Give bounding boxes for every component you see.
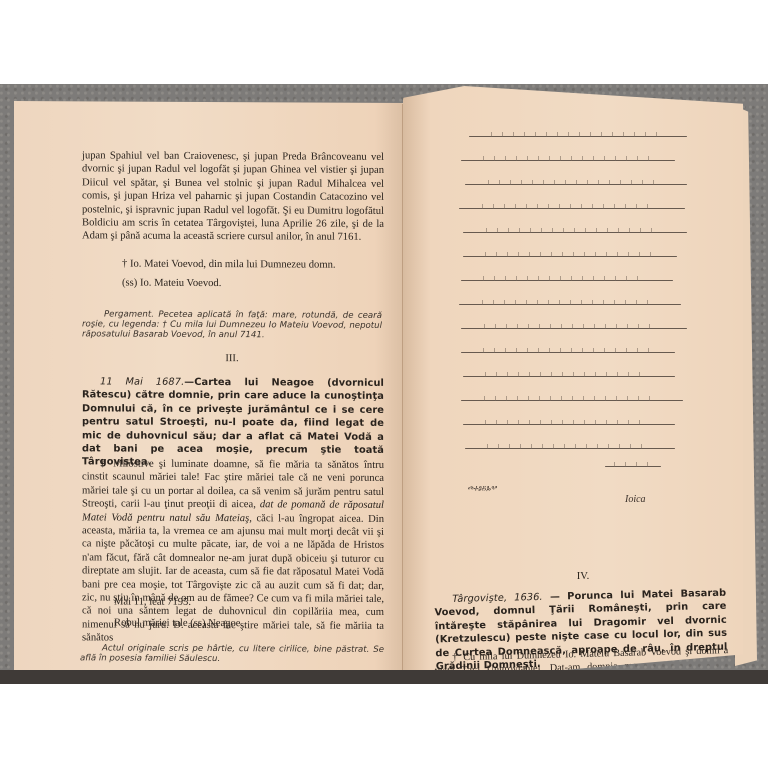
note-text: Pergament. Pecetea aplicată în faţă: mar… — [82, 309, 382, 341]
right-page: ⰴⰰⱁⰻⰳⰲ Ioica IV. Târgovişte, 1636. — Por… — [403, 86, 743, 678]
note-text-2: Actul originale scris pe hârtie, cu lite… — [80, 643, 384, 665]
book-photo: jupan Spahiul vel ban Craiovenesc, şi ju… — [0, 84, 768, 684]
heading-date-iv: Târgovişte, 1636. — [452, 592, 543, 605]
parchment-note: Pergament. Pecetea aplicată în faţă: mar… — [82, 309, 382, 341]
section-iii-heading: 11 Mai 1687.—Cartea lui Neagoe (dvornicu… — [82, 375, 384, 470]
original-act-note: Actul originale scris pe hârtie, cu lite… — [80, 643, 384, 665]
signature-line-1: † Io. Matei Voevod, din mila lui Dumneze… — [122, 258, 382, 273]
left-para-1: jupan Spahiul vel ban Craiovenesc, şi ju… — [82, 149, 384, 244]
continued-document-text: jupan Spahiul vel ban Craiovenesc, şi ju… — [82, 149, 384, 244]
section-iii: III. — [82, 351, 382, 366]
heading-date: 11 Mai 1687. — [100, 376, 184, 387]
facsimile-signature-left: ⰴⰰⱁⰻⰳⰲ — [467, 484, 496, 495]
section-iv: IV. — [433, 570, 733, 583]
heading-summary: —Cartea lui Neagoe (dvornicul Rătescu) c… — [82, 377, 384, 468]
signature-line-2: (ss) Io. Mateiu Voevod. — [122, 277, 382, 292]
manuscript-facsimile: ⰴⰰⱁⰻⰳⰲ Ioica — [455, 122, 705, 482]
section-number-iv: IV. — [577, 571, 589, 582]
left-page: jupan Spahiul vel ban Craiovenesc, şi ju… — [14, 101, 406, 684]
signed-text: Robul măriei tale (ss) Neagoe. — [114, 617, 374, 632]
facsimile-signature-right: Ioica — [625, 494, 646, 505]
signature-block: † Io. Matei Voevod, din mila lui Dumneze… — [122, 258, 382, 292]
date-line: Mai 11, leat 7195. Robul măriei tale (ss… — [114, 595, 374, 631]
date-text: Mai 11, leat 7195. — [114, 595, 374, 610]
table-shadow — [0, 670, 768, 684]
section-number: III. — [225, 353, 238, 364]
